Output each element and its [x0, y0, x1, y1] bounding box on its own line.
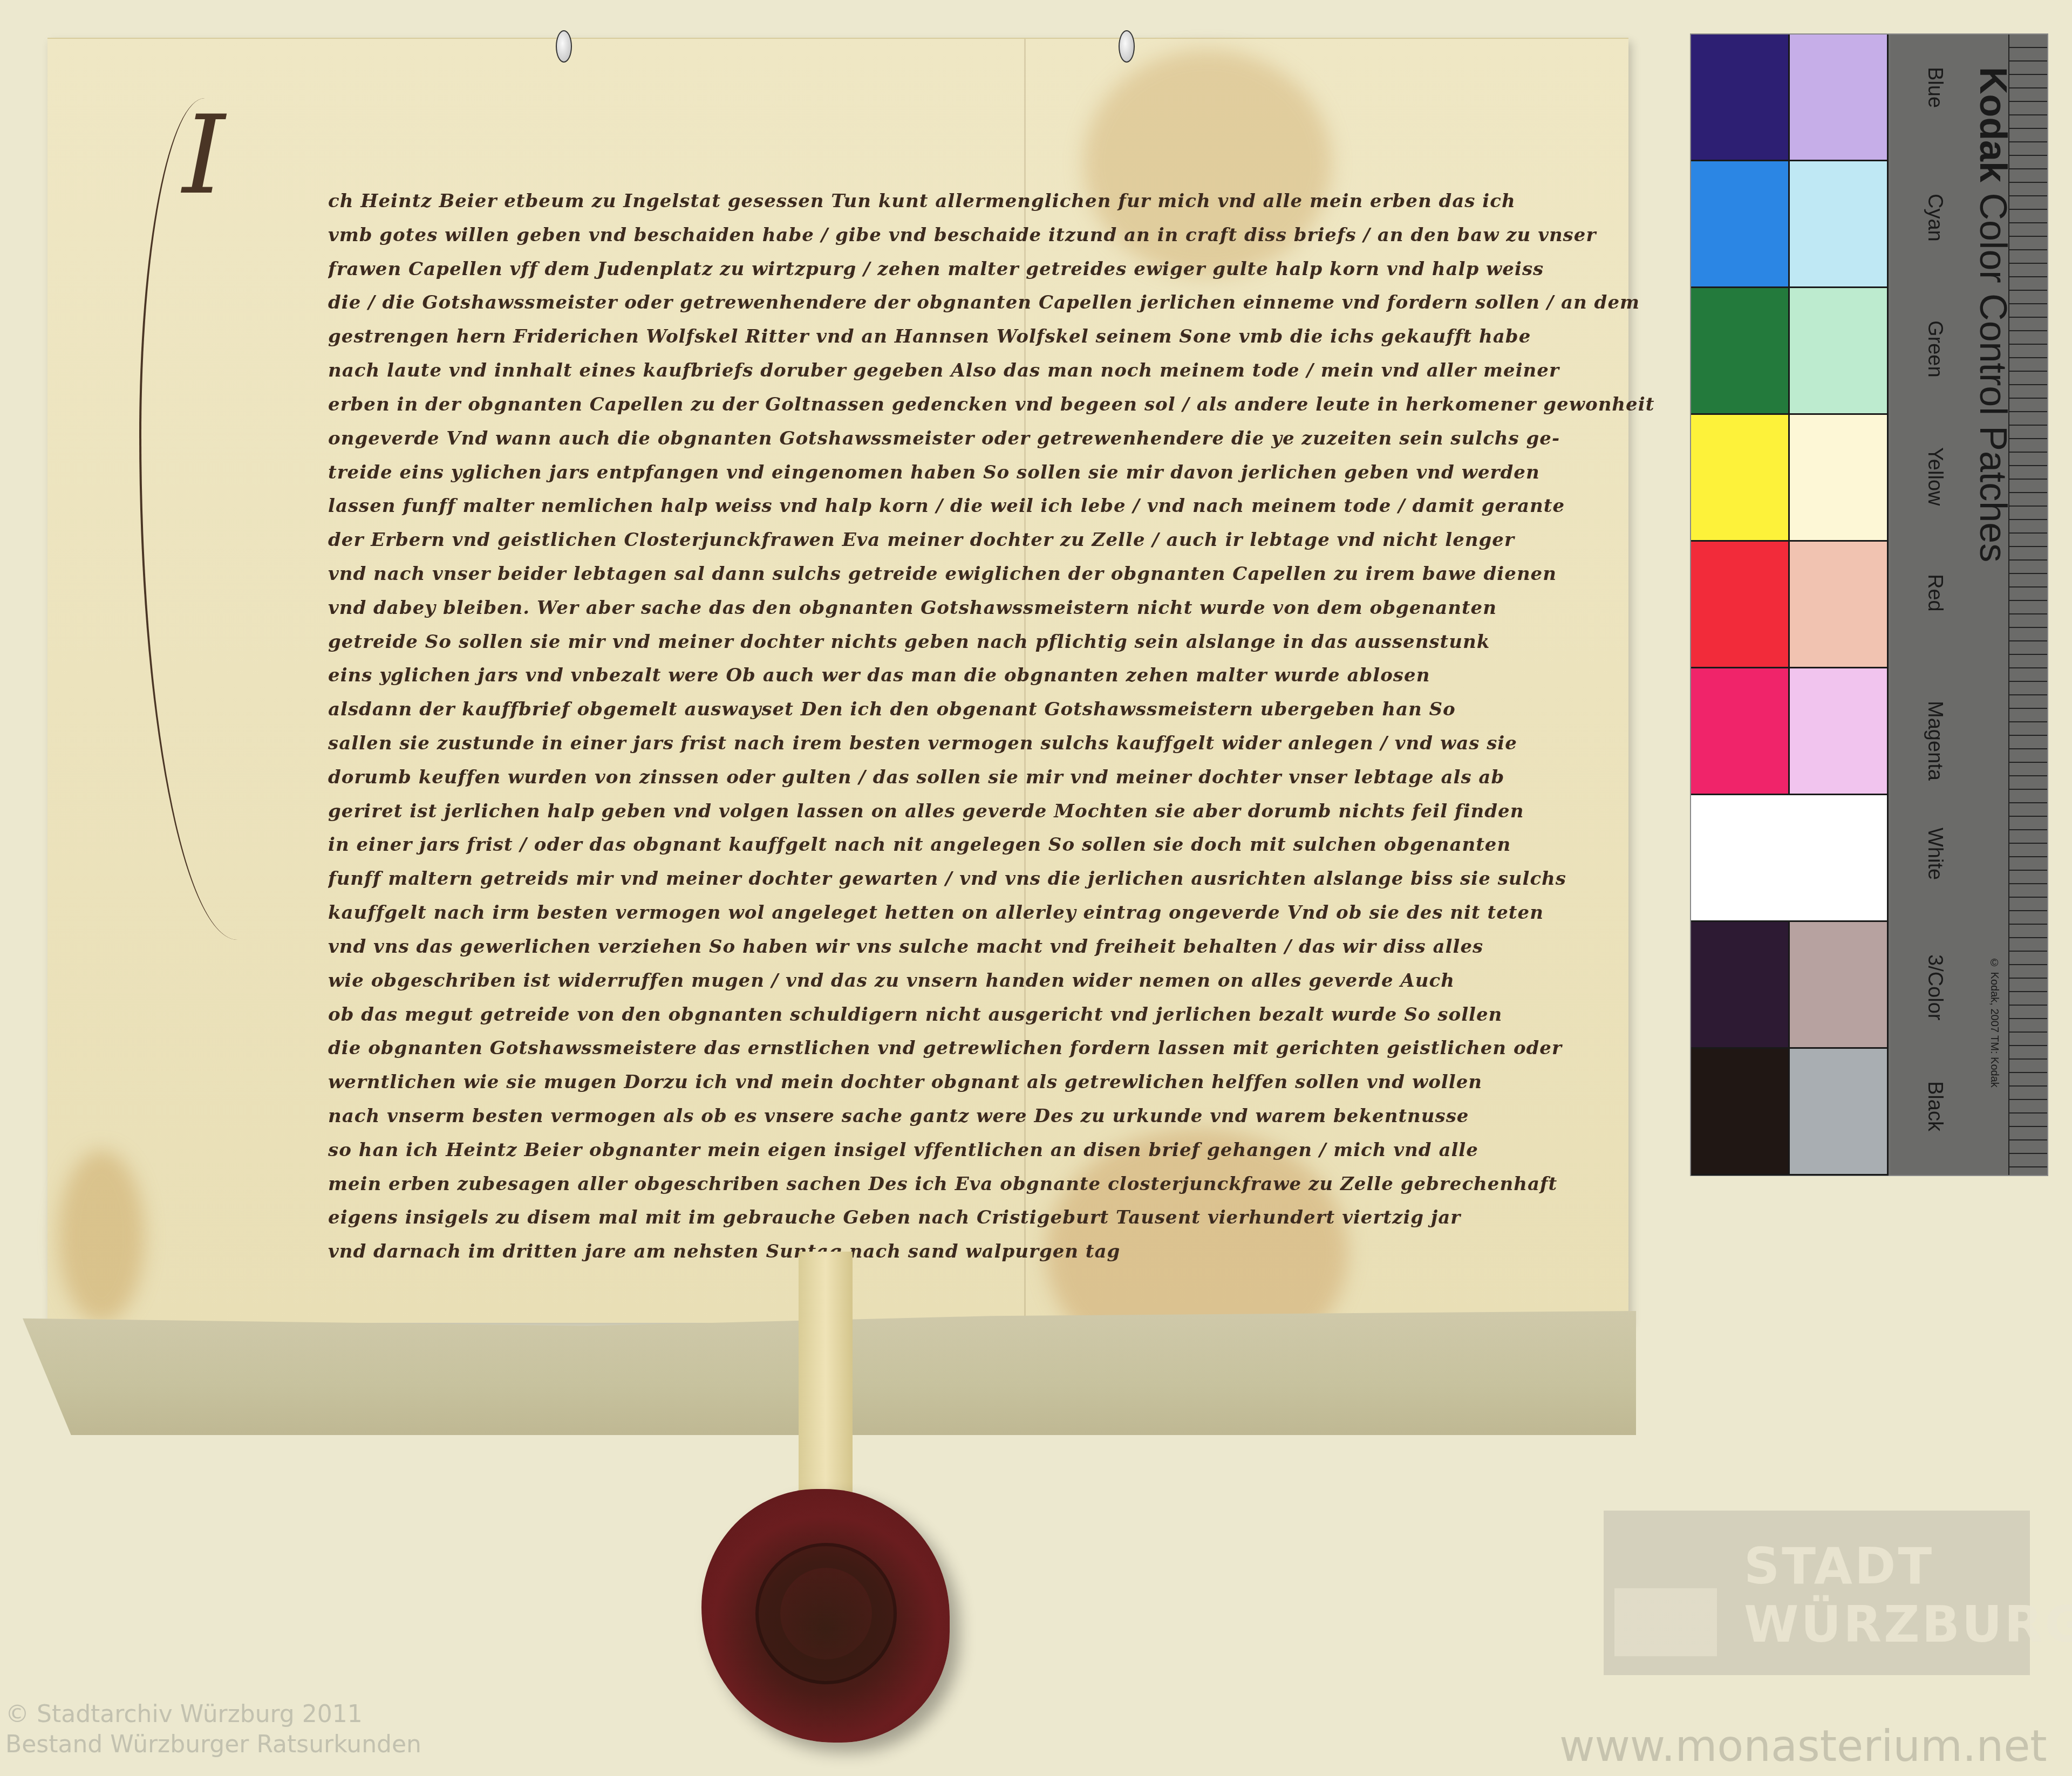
color-patch-dark — [1691, 35, 1790, 160]
patch-label: White — [1923, 828, 1946, 880]
charter-text-line: eins yglichen jars vnd vnbezalt were Ob … — [328, 659, 1693, 693]
charter-text-line: vnd nach vnser beider lebtagen sal dann … — [328, 557, 1693, 591]
charter-text-line: alsdann der kauffbrief obgemelt auswayse… — [328, 693, 1693, 727]
charter-text-line: gestrengen hern Friderichen Wolfskel Rit… — [328, 320, 1693, 354]
kodak-color-chart: Kodak Color Control Patches BlueCyanGree… — [1690, 33, 2048, 1176]
kodak-copyright: © Kodak, 2007 TM: Kodak — [1988, 957, 2000, 1088]
decorated-initial-flourish — [139, 98, 303, 940]
color-patch-row-black — [1691, 1049, 1889, 1176]
charter-text: ch Heintz Beier etbeum zu Ingelstat gese… — [328, 185, 1693, 1269]
seal-impression — [755, 1543, 897, 1684]
color-patch-row-red — [1691, 542, 1889, 668]
color-patch-row-yellow — [1691, 415, 1889, 542]
color-patch-light — [1790, 668, 1889, 794]
color-patch-light — [1790, 415, 1889, 540]
patch-label: Blue — [1923, 67, 1946, 108]
charter-text-line: lassen funff malter nemlichen halp weiss… — [328, 489, 1693, 523]
charter-text-line: werntlichen wie sie mugen Dorzu ich vnd … — [328, 1065, 1693, 1099]
mounting-pin-icon — [1119, 30, 1135, 63]
charter-text-line: nach vnserm besten vermogen als ob es vn… — [328, 1099, 1693, 1133]
charter-text-line: funff maltern getreids mir vnd meiner do… — [328, 862, 1693, 896]
charter-text-line: getreide So sollen sie mir vnd meiner do… — [328, 625, 1693, 659]
wax-seal — [701, 1489, 950, 1743]
charter-text-line: vnd darnach im dritten jare am nehsten S… — [328, 1235, 1693, 1269]
collection-line: Bestand Würzburger Ratsurkunden — [5, 1730, 421, 1760]
patch-label: Black — [1923, 1081, 1946, 1131]
color-patch-row-3-color — [1691, 922, 1889, 1049]
charter-text-line: wie obgeschriben ist widerruffen mugen /… — [328, 964, 1693, 998]
color-patch-dark — [1691, 415, 1790, 540]
charter-text-line: treide eins yglichen jars entpfangen vnd… — [328, 456, 1693, 490]
color-patch-dark — [1691, 1049, 1790, 1174]
charter-text-line: ongeverde Vnd wann auch die obgnanten Go… — [328, 422, 1693, 456]
mounting-pin-icon — [556, 30, 572, 63]
patch-label: Magenta — [1923, 701, 1946, 781]
color-patch-light — [1790, 161, 1889, 286]
city-skyline-icon — [1614, 1532, 1717, 1656]
color-patch-row-blue — [1691, 35, 1889, 161]
color-patch-dark — [1691, 668, 1790, 794]
color-patch-dark — [1691, 542, 1790, 667]
color-patch-dark — [1691, 161, 1790, 286]
charter-text-line: so han ich Heintz Beier obgnanter mein e… — [328, 1133, 1693, 1167]
patch-label: Cyan — [1923, 194, 1946, 242]
patch-label: Green — [1923, 320, 1946, 378]
charter-text-line: die / die Gotshawssmeister oder getrewen… — [328, 286, 1693, 320]
kodak-gray-strip: Kodak Color Control Patches BlueCyanGree… — [1891, 35, 2047, 1175]
charter-text-line: vnd dabey bleiben. Wer aber sache das de… — [328, 591, 1693, 625]
charter-text-line: dorumb keuffen wurden von zinssen oder g… — [328, 761, 1693, 795]
color-patch-dark — [1691, 288, 1790, 413]
color-patch-row-green — [1691, 288, 1889, 415]
charter-text-line: vmb gotes willen geben vnd beschaiden ha… — [328, 218, 1693, 252]
logo-text: STADT WÜRZBURG — [1744, 1538, 2072, 1654]
copyright-line: © Stadtarchiv Würzburg 2011 — [5, 1699, 421, 1730]
stadt-wuerzburg-logo: STADT WÜRZBURG — [1604, 1511, 2030, 1675]
charter-text-line: der Erbern vnd geistlichen Closterjunckf… — [328, 523, 1693, 557]
charter-parchment: I ch Heintz Beier etbeum zu Ingelstat ge… — [47, 38, 1628, 1323]
color-patch-row-cyan — [1691, 161, 1889, 288]
monasterium-url-watermark[interactable]: www.monasterium.net — [1559, 1721, 2047, 1771]
charter-text-line: kauffgelt nach irm besten vermogen wol a… — [328, 896, 1693, 930]
charter-text-line: ch Heintz Beier etbeum zu Ingelstat gese… — [328, 185, 1693, 218]
color-patch-white — [1691, 795, 1889, 920]
patch-label: Red — [1923, 574, 1946, 612]
patch-label: 3/Color — [1923, 954, 1946, 1021]
charter-text-line: vnd vns das gewerlichen verziehen So hab… — [328, 930, 1693, 964]
color-patch-row-magenta — [1691, 668, 1889, 795]
charter-text-line: nach laute vnd innhalt eines kaufbriefs … — [328, 354, 1693, 388]
charter-text-line: mein erben zubesagen aller obgeschriben … — [328, 1167, 1693, 1201]
color-patch-light — [1790, 922, 1889, 1047]
charter-text-line: in einer jars frist / oder das obgnant k… — [328, 828, 1693, 862]
charter-text-line: geriret ist jerlichen halp geben vnd vol… — [328, 795, 1693, 829]
logo-line-1: STADT — [1744, 1538, 2072, 1596]
color-patch-light — [1790, 288, 1889, 413]
color-patch-light — [1790, 1049, 1889, 1174]
charter-text-line: die obgnanten Gotshawssmeistere das erns… — [328, 1032, 1693, 1065]
patch-label: Yellow — [1923, 447, 1946, 506]
charter-text-line: erben in der obgnanten Capellen zu der G… — [328, 388, 1693, 422]
color-patch-grid — [1691, 35, 1889, 1175]
charter-text-line: sallen sie zustunde in einer jars frist … — [328, 727, 1693, 761]
charter-text-line: eigens insigels zu disem mal mit im gebr… — [328, 1201, 1693, 1235]
ruler-scale — [2008, 35, 2047, 1175]
water-stain — [58, 1150, 145, 1323]
charter-text-line: frawen Capellen vff dem Judenplatz zu wi… — [328, 252, 1693, 286]
color-patch-light — [1790, 542, 1889, 667]
color-patch-row-white — [1691, 795, 1889, 922]
logo-line-2: WÜRZBURG — [1744, 1596, 2072, 1654]
color-patch-light — [1790, 35, 1889, 160]
charter-text-line: ob das megut getreide von den obgnanten … — [328, 998, 1693, 1032]
archive-copyright-watermark: © Stadtarchiv Würzburg 2011 Bestand Würz… — [5, 1699, 421, 1760]
color-patch-dark — [1691, 922, 1790, 1047]
decorated-initial-letter: I — [182, 93, 225, 218]
